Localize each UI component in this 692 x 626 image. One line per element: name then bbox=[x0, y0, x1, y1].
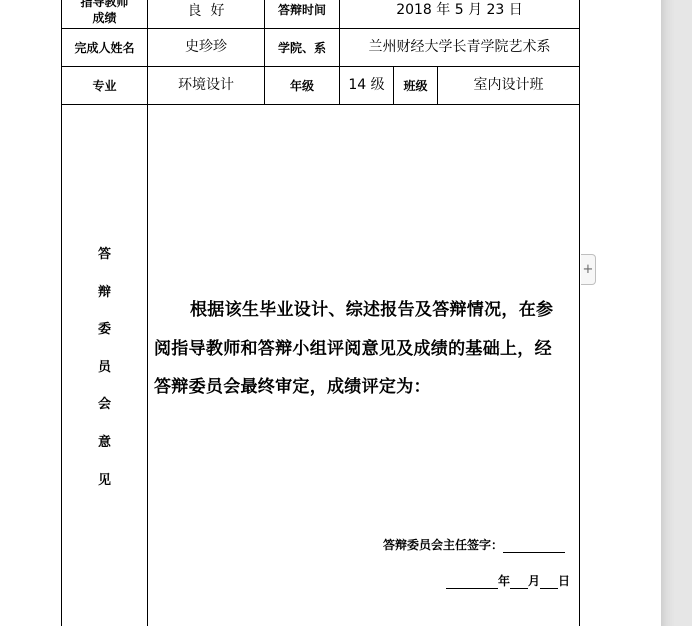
major-label: 专业 bbox=[62, 67, 147, 104]
add-column-button[interactable]: + bbox=[581, 254, 596, 285]
plus-icon: + bbox=[583, 262, 594, 277]
advisor-grade-value: 良 好 bbox=[148, 0, 264, 22]
student-name-label: 完成人姓名 bbox=[62, 29, 147, 66]
college-value: 兰州财经大学长青学院艺术系 bbox=[340, 29, 579, 66]
committee-label-char: 意 bbox=[98, 424, 111, 462]
date-year-label: 年 bbox=[498, 572, 510, 589]
chair-signature-label: 答辩委员会主任签字： bbox=[383, 536, 503, 553]
opinion-line-1: 根据该生毕业设计、综述报告及答辩情况，在参 bbox=[154, 291, 578, 330]
grade-label: 年级 bbox=[265, 67, 339, 104]
committee-label-char: 辩 bbox=[98, 274, 111, 312]
class-label: 班级 bbox=[394, 67, 437, 104]
student-name-value: 史珍珍 bbox=[148, 29, 264, 66]
date-day-blank[interactable] bbox=[540, 574, 558, 589]
date-day-label: 日 bbox=[558, 572, 570, 589]
date-year-blank[interactable] bbox=[446, 574, 498, 589]
table-border-h3 bbox=[61, 104, 580, 105]
committee-opinion-label: 答 辩 委 员 会 意 见 bbox=[62, 236, 147, 499]
college-label: 学院、系 bbox=[265, 29, 339, 66]
document-page: 指导教师 成绩 良 好 答辩时间 2018 年 5 月 23 日 完成人姓名 史… bbox=[0, 0, 661, 626]
defense-time-label: 答辩时间 bbox=[265, 0, 339, 20]
committee-label-char: 会 bbox=[98, 386, 111, 424]
grade-value: 14 级 bbox=[340, 67, 393, 104]
date-month-blank[interactable] bbox=[510, 574, 528, 589]
committee-label-char: 员 bbox=[98, 349, 111, 387]
committee-label-char: 委 bbox=[98, 311, 111, 349]
committee-label-char: 答 bbox=[98, 236, 111, 274]
chair-signature-line: 答辩委员会主任签字： bbox=[383, 536, 565, 553]
page-gutter bbox=[661, 0, 692, 626]
date-month-label: 月 bbox=[528, 572, 540, 589]
committee-opinion-text[interactable]: 根据该生毕业设计、综述报告及答辩情况，在参 阅指导教师和答辩小组评阅意见及成绩的… bbox=[154, 291, 578, 407]
advisor-grade-label-line1: 指导教师 bbox=[80, 0, 128, 10]
defense-time-value: 2018 年 5 月 23 日 bbox=[340, 0, 579, 20]
advisor-grade-label-line2: 成绩 bbox=[92, 10, 116, 26]
committee-label-char: 见 bbox=[98, 462, 111, 500]
signature-date-line: 年 月 日 bbox=[446, 572, 570, 589]
major-value: 环境设计 bbox=[148, 67, 264, 104]
chair-signature-blank[interactable] bbox=[503, 538, 565, 553]
opinion-line-2: 阅指导教师和答辩小组评阅意见及成绩的基础上，经 bbox=[154, 330, 578, 369]
class-value: 室内设计班 bbox=[438, 67, 579, 104]
opinion-line-3: 答辩委员会最终审定，成绩评定为： bbox=[154, 368, 578, 407]
table-border-right bbox=[579, 0, 580, 626]
advisor-grade-label: 指导教师 成绩 bbox=[62, 0, 147, 28]
